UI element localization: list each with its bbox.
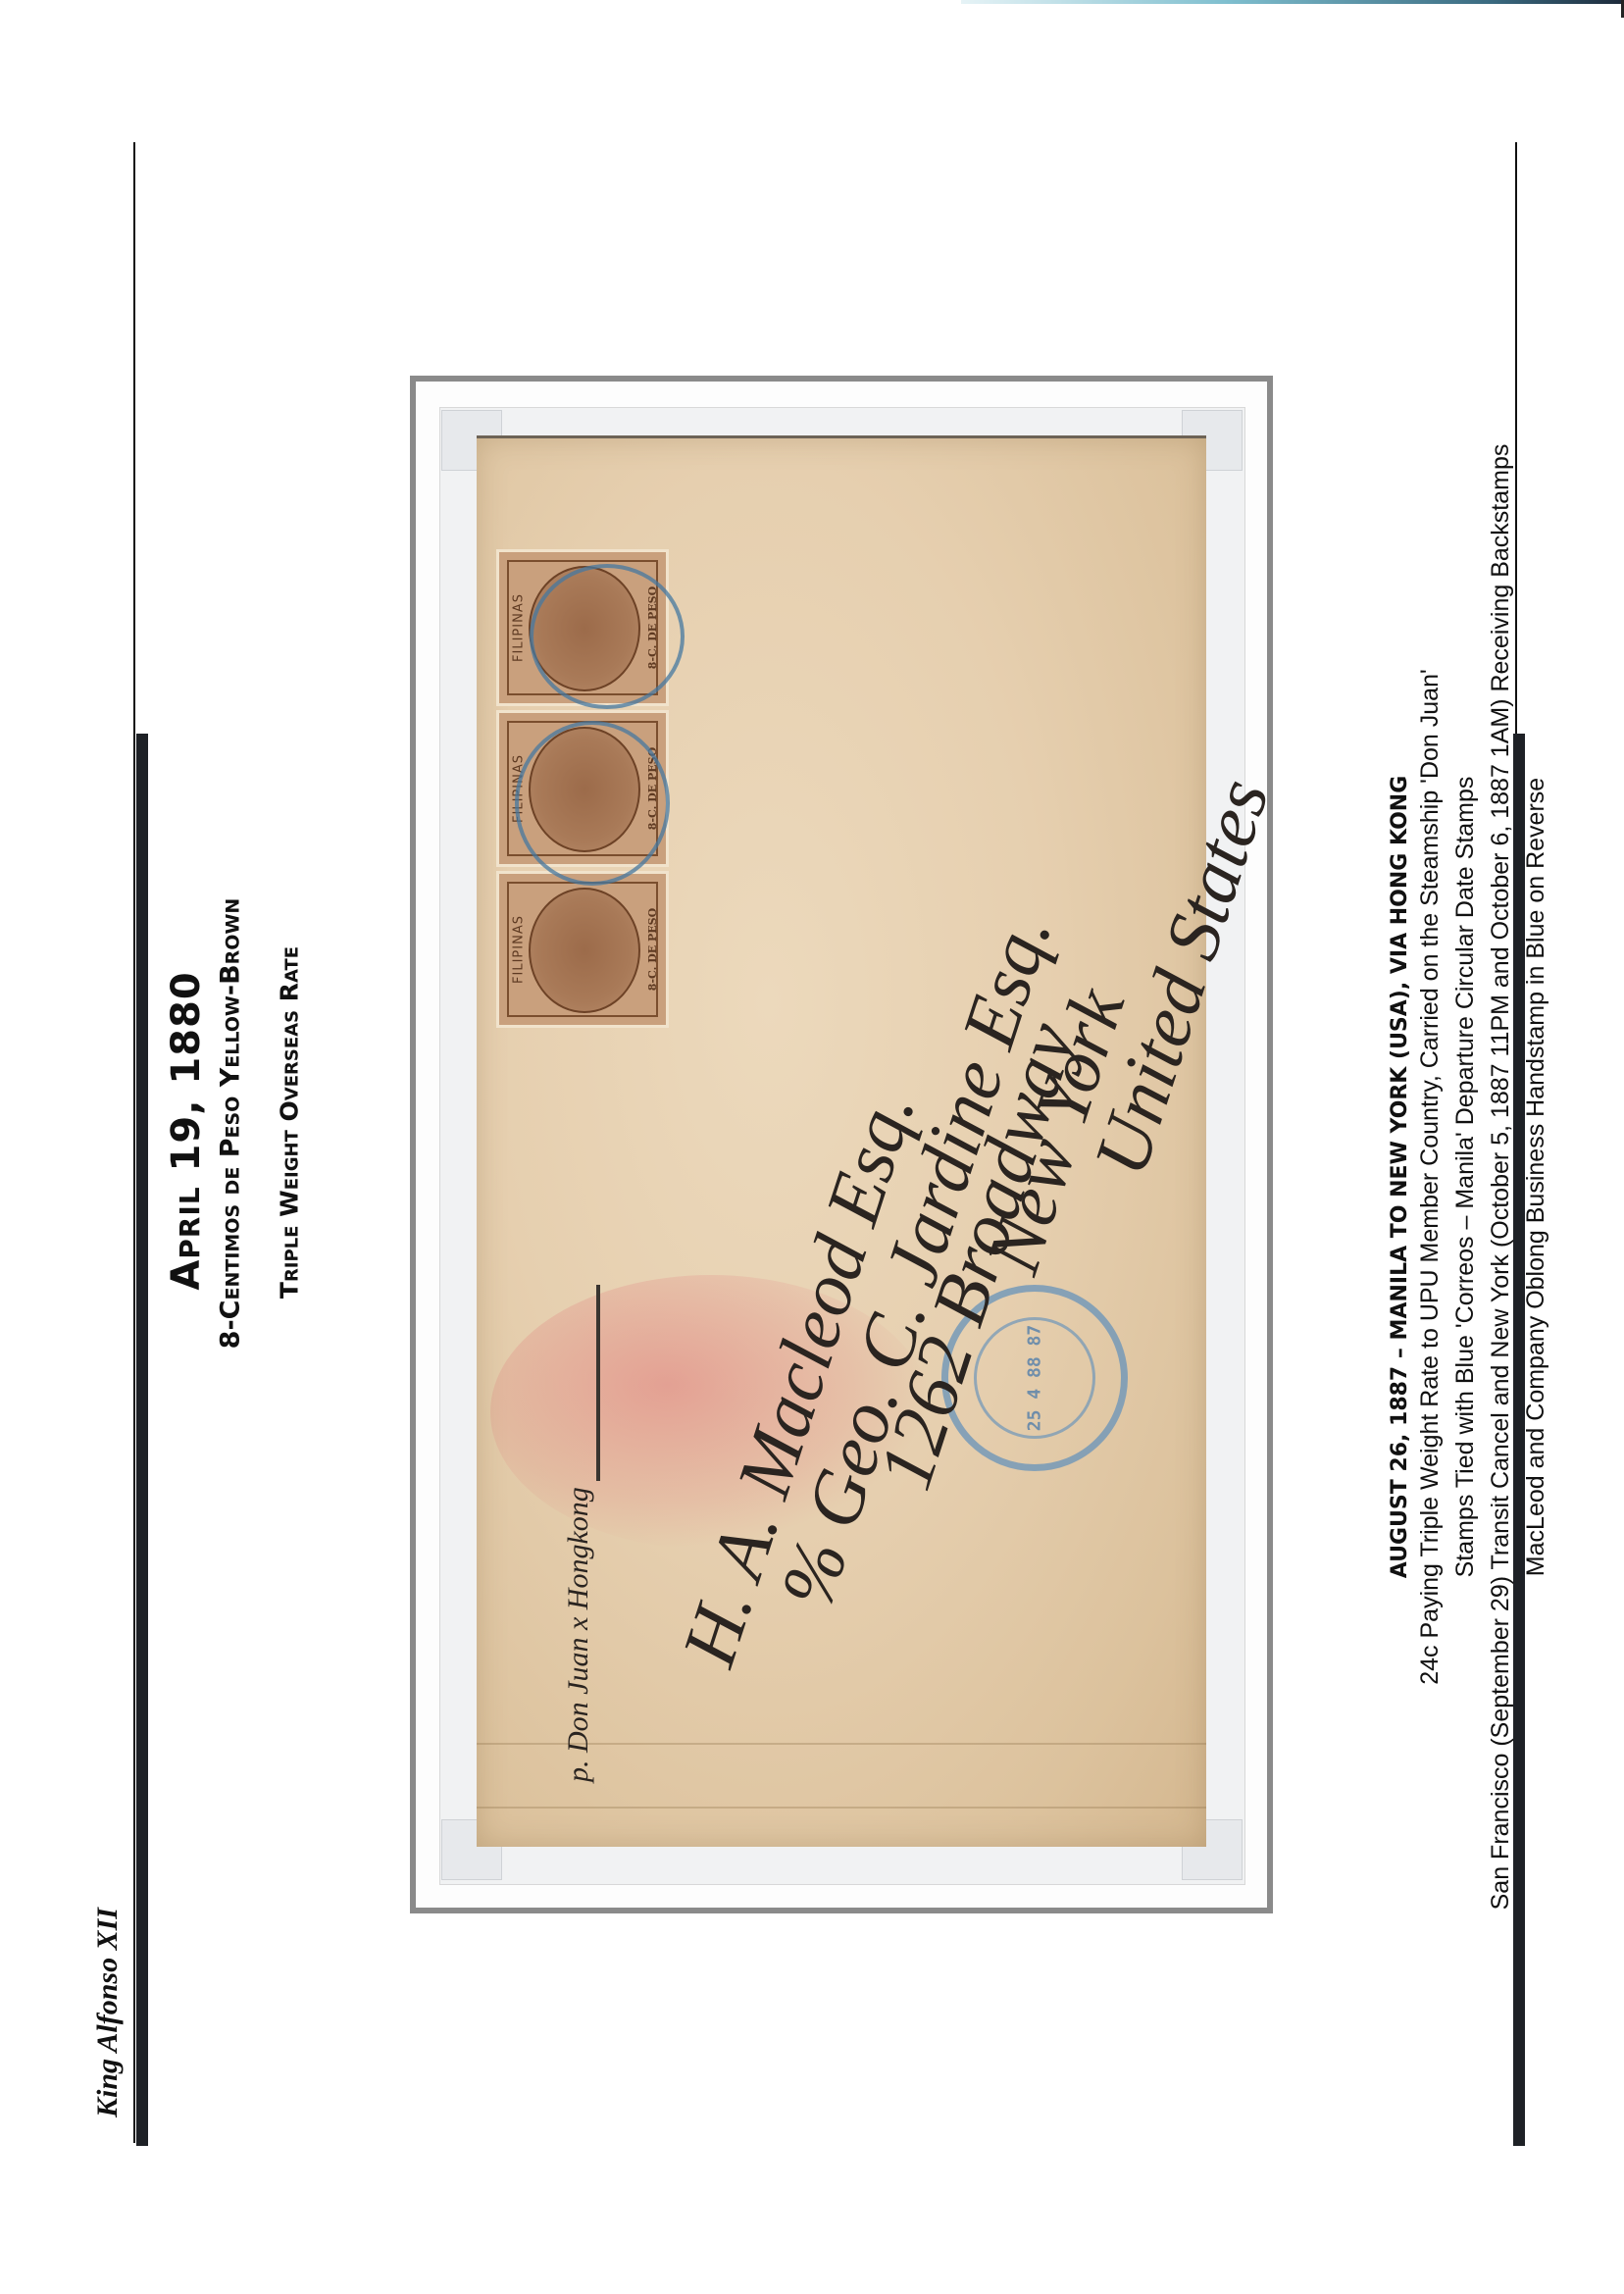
routing-note: p. Don Juan x Hongkong — [562, 1487, 595, 1782]
envelope-fold — [477, 1807, 1206, 1809]
description-block: AUGUST 26, 1887 – MANILA TO NEW YORK (US… — [1388, 245, 1584, 2109]
departure-cancel — [530, 564, 685, 709]
section-label: King Alfonso XII — [91, 1865, 125, 2160]
departure-cancel — [515, 721, 670, 886]
king-portrait — [529, 888, 640, 1013]
issue-title: 8-Centimos de Peso Yellow-Brown — [216, 585, 246, 1663]
description-line: 24c Paying Triple Weight Rate to UPU Mem… — [1412, 245, 1447, 2109]
description-line: San Francisco (September 29) Transit Can… — [1483, 245, 1518, 2109]
stamp: FILIPINAS 8-C. DE PESO — [496, 871, 669, 1028]
routing-underline — [596, 1285, 600, 1481]
rate-title: Triple Weight Overseas Rate — [276, 603, 304, 1643]
receiving-datestamp-text: 25 4 88 87 — [1025, 1325, 1045, 1431]
stamp-value: 8-C. DE PESO — [645, 908, 658, 991]
left-frame-line — [133, 142, 135, 2143]
description-line: MacLeod and Company Oblong Business Hand… — [1518, 245, 1553, 2109]
page-title-date: April 19, 1880 — [164, 788, 209, 1474]
left-frame-bar — [136, 734, 148, 2146]
description-line: Stamps Tied with Blue 'Correos – Manila'… — [1447, 245, 1483, 2109]
stamp-country: FILIPINAS — [511, 593, 526, 662]
stamp-country: FILIPINAS — [511, 915, 526, 984]
scan-edge — [961, 0, 1624, 4]
description-headline: AUGUST 26, 1887 – MANILA TO NEW YORK (US… — [1388, 245, 1412, 2109]
